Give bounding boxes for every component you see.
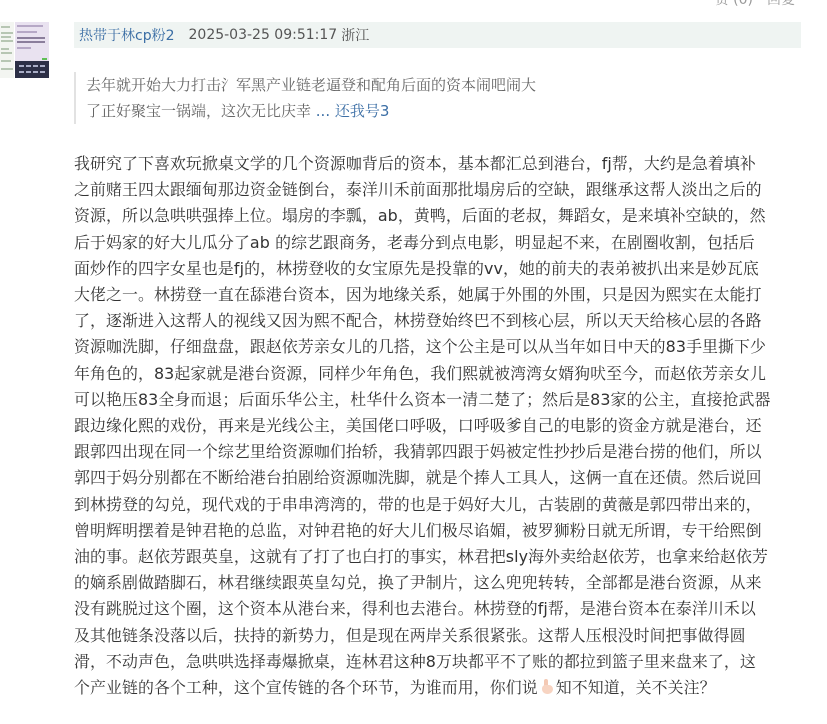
avatar-thumbnail-phone xyxy=(15,22,49,78)
quote-source-link[interactable]: 还我号3 xyxy=(335,102,390,120)
last-line-before: 个产业链的各个工种，这个宣传链的各个环节，为谁而用，你们说 xyxy=(74,678,538,697)
comment-actions: 赞 (0) 回复 xyxy=(715,0,795,9)
body-line: 年角色的，83起家就是港台资源，同样少年角色，我们熙就被湾湾女婿狗吠至今，而赵依… xyxy=(74,361,804,387)
body-line: 资源，所以急哄哄强捧上位。塌房的李瓢，ab，黄鸭，后面的老叔，舞蹈女，是来填补空… xyxy=(74,203,804,229)
timestamp: 2025-03-25 09:51:17 xyxy=(189,27,338,43)
body-line: 跟边缘化熙的戏份，再来是光线公主，美国佬口呼吸，口呼吸爹自己的电影的资金方就是港… xyxy=(74,413,804,439)
reply-button[interactable]: 回复 xyxy=(767,0,795,9)
username-link[interactable]: 热带于林cp粉2 xyxy=(79,25,175,45)
body-line: 曾明辉明摆着是钟君艳的总监，对钟君艳的好大儿们极尽谄媚，被罗狮粉日就无所谓，专干… xyxy=(74,518,804,544)
body-line: 之前赌王四太跟缅甸那边资金链倒台，泰洋川禾前面那批塌房后的空缺，跟继承这帮人淡出… xyxy=(74,177,804,203)
body-line: 我研究了下喜欢玩掀桌文学的几个资源咖背后的资本，基本都汇总到港台，fj帮，大约是… xyxy=(74,151,804,177)
body-line: 了，逐渐进入这帮人的视线又因为熙不配合，林捞登始终巴不到核心层，所以天天给核心层… xyxy=(74,308,804,334)
like-button[interactable]: 赞 (0) xyxy=(715,0,753,9)
body-line: 郭四于妈分别都在不断给港台拍剧给资源咖洗脚，就是个捧人工具人，这俩一直在还债。然… xyxy=(74,465,804,491)
body-line: 及其他链条没落以后，扶持的新势力，但是现在两岸关系很紧张。这帮人压根没时间把事做… xyxy=(74,623,804,649)
quoted-reply: 去年就开始大力打击氵军黑产业链老逼登和配角后面的资本闹吧闹大 了正好聚宝一锅端，… xyxy=(74,72,726,124)
body-line: 资源咖洗脚，仔细盘盘，跟赵依芳亲女儿的几搭，这个公主是可以从当年如日中天的83手… xyxy=(74,334,804,360)
comment-body: 我研究了下喜欢玩掀桌文学的几个资源咖背后的资本，基本都汇总到港台，fj帮，大约是… xyxy=(74,151,804,701)
quote-line-2-text: 了正好聚宝一锅端，这次无比庆幸 xyxy=(86,102,311,120)
body-line: 大佬之一。林捞登一直在舔港台资本，因为地缘关系，她属于外围的外围，只是因为熙实在… xyxy=(74,282,804,308)
body-line: 面炒作的四字女星也是fj的，林捞登收的女宝原先是投靠的vv，她的前夫的表弟被扒出… xyxy=(74,256,804,282)
body-line: 后于妈家的好大儿瓜分了ab 的综艺跟商务，老毒分到点电影，明显起不来，在剧圈收割… xyxy=(74,230,804,256)
avatar[interactable] xyxy=(0,22,49,78)
quote-line-2: 了正好聚宝一锅端，这次无比庆幸 ... 还我号3 xyxy=(86,98,726,124)
quote-ellipsis: ... xyxy=(311,102,335,120)
body-line: 可以艳压83全身而退；后面乐华公主，杜华什么资本一清二楚了；然后是83家的公主，… xyxy=(74,387,804,413)
avatar-thumbnail-left xyxy=(0,22,14,78)
last-line-after: 知不知道，关不关注？ xyxy=(556,678,716,697)
quote-line-1: 去年就开始大力打击氵军黑产业链老逼登和配角后面的资本闹吧闹大 xyxy=(86,72,726,98)
location: 浙江 xyxy=(341,25,369,45)
body-line: 没有跳脱过这个圈，这个资本从港台来，得利也去港台。林捞登的fj帮，是港台资本在泰… xyxy=(74,596,804,622)
pointing-hand-icon xyxy=(540,679,554,695)
body-line: 的嫡系剧做踏脚石，林君继续跟英皇勾兑，换了尹制片，这么兜兜转转，全部都是港台资源… xyxy=(74,570,804,596)
body-line-last: 个产业链的各个工种，这个宣传链的各个环节，为谁而用，你们说知不知道，关不关注？ xyxy=(74,675,804,701)
body-line: 到林捞登的勾兑，现代戏的于串串湾湾的，带的也是于妈好大儿，古装剧的黄薇是郭四带出… xyxy=(74,492,804,518)
body-line: 滑，不动声色，急哄哄选择毒爆掀桌，连林君这种8万块都平不了账的都拉到篮子里来盘来… xyxy=(74,649,804,675)
comment-meta-bar: 热带于林cp粉2 2025-03-25 09:51:17 浙江 xyxy=(74,22,801,48)
body-line: 油的事。赵依芳跟英皇，这就有了打了也白打的事实，林君把sly海外卖给赵依芳，也拿… xyxy=(74,544,804,570)
body-line: 跟郭四出现在同一个综艺里给资源咖们抬轿，我猜郭四跟于妈被定性抄抄后是港台捞的他们… xyxy=(74,439,804,465)
